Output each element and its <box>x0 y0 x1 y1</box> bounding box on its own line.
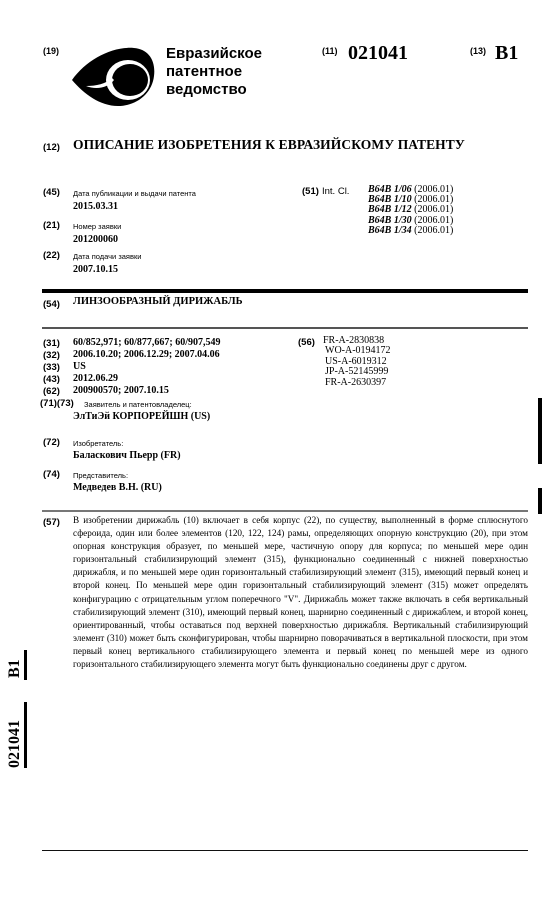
citation-item: FR-A-2630397 <box>323 378 391 388</box>
application-number-label: Номер заявки <box>73 222 121 231</box>
spine-divider <box>24 650 27 680</box>
citations-list: FR-A-2830838 WO-A-0194172 US-A-6019312 J… <box>323 336 391 388</box>
inventor-value: Баласкович Пьерр (FR) <box>73 450 181 461</box>
divider-bottom <box>42 850 528 851</box>
representative-value: Медведев В.Н. (RU) <box>73 482 162 493</box>
publication-number: 021041 <box>348 42 408 65</box>
abstract-code: (57) <box>43 517 60 528</box>
ipc-label: Int. Cl. <box>322 186 349 197</box>
citations-code: (56) <box>298 337 315 348</box>
invention-title: ЛИНЗООБРАЗНЫЙ ДИРИЖАБЛЬ <box>73 296 243 307</box>
eapo-eye-logo-icon <box>72 46 156 108</box>
priority-dates: 2006.10.20; 2006.12.29; 2007.04.06 <box>73 349 220 360</box>
invention-title-code: (54) <box>43 299 60 310</box>
application-pub-date-code: (43) <box>43 374 60 385</box>
filing-date-value: 2007.10.15 <box>73 264 118 275</box>
priority-numbers: 60/852,971; 60/877,667; 60/907,549 <box>73 337 221 348</box>
office-code: (19) <box>43 46 59 56</box>
filing-date-code: (22) <box>43 250 60 261</box>
priority-country-code: (33) <box>43 362 60 373</box>
margin-marker <box>538 488 542 514</box>
margin-marker <box>538 398 542 464</box>
filing-date-label: Дата подачи заявки <box>73 252 141 261</box>
divider-thick <box>42 289 528 293</box>
spine-publication-number: 021041 <box>6 720 24 768</box>
office-line: патентное <box>166 63 262 81</box>
spine-kind-code: B1 <box>6 659 24 678</box>
priority-dates-code: (32) <box>43 350 60 361</box>
application-number-code: (21) <box>43 220 60 231</box>
publication-date-code: (45) <box>43 187 60 198</box>
kind-code: B1 <box>495 42 518 65</box>
applicant-value: ЭлТиЭй КОРПОРЕЙШН (US) <box>73 411 210 422</box>
representative-label: Представитель: <box>73 471 128 480</box>
publication-number-code: (11) <box>322 46 338 56</box>
spine-divider <box>24 702 27 768</box>
ipc-class: B64B 1/34 (2006.01) <box>368 226 453 236</box>
publication-date-label: Дата публикации и выдачи патента <box>73 189 196 198</box>
representative-code: (74) <box>43 469 60 480</box>
divider <box>42 510 528 512</box>
priority-numbers-code: (31) <box>43 338 60 349</box>
parent-application-code: (62) <box>43 386 60 397</box>
document-title: ОПИСАНИЕ ИЗОБРЕТЕНИЯ К ЕВРАЗИЙСКОМУ ПАТЕ… <box>73 137 465 153</box>
applicant-label: Заявитель и патентовладелец: <box>84 400 192 409</box>
inventor-label: Изобретатель: <box>73 439 123 448</box>
ipc-classes: B64B 1/06 (2006.01) B64B 1/10 (2006.01) … <box>368 185 453 236</box>
application-pub-date: 2012.06.29 <box>73 373 118 384</box>
ipc-code: (51) <box>302 186 319 197</box>
document-title-code: (12) <box>43 142 60 153</box>
divider <box>42 327 528 329</box>
patent-office-name: Евразийское патентное ведомство <box>166 45 262 99</box>
kind-code-label: (13) <box>470 46 486 56</box>
inventor-code: (72) <box>43 437 60 448</box>
office-line: ведомство <box>166 81 262 99</box>
office-line: Евразийское <box>166 45 262 63</box>
abstract-text: В изобретении дирижабль (10) включает в … <box>73 514 528 671</box>
applicant-code: (71)(73) <box>40 398 74 409</box>
publication-date-value: 2015.03.31 <box>73 201 118 212</box>
parent-application: 200900570; 2007.10.15 <box>73 385 169 396</box>
application-number-value: 201200060 <box>73 234 118 245</box>
priority-country: US <box>73 361 86 372</box>
